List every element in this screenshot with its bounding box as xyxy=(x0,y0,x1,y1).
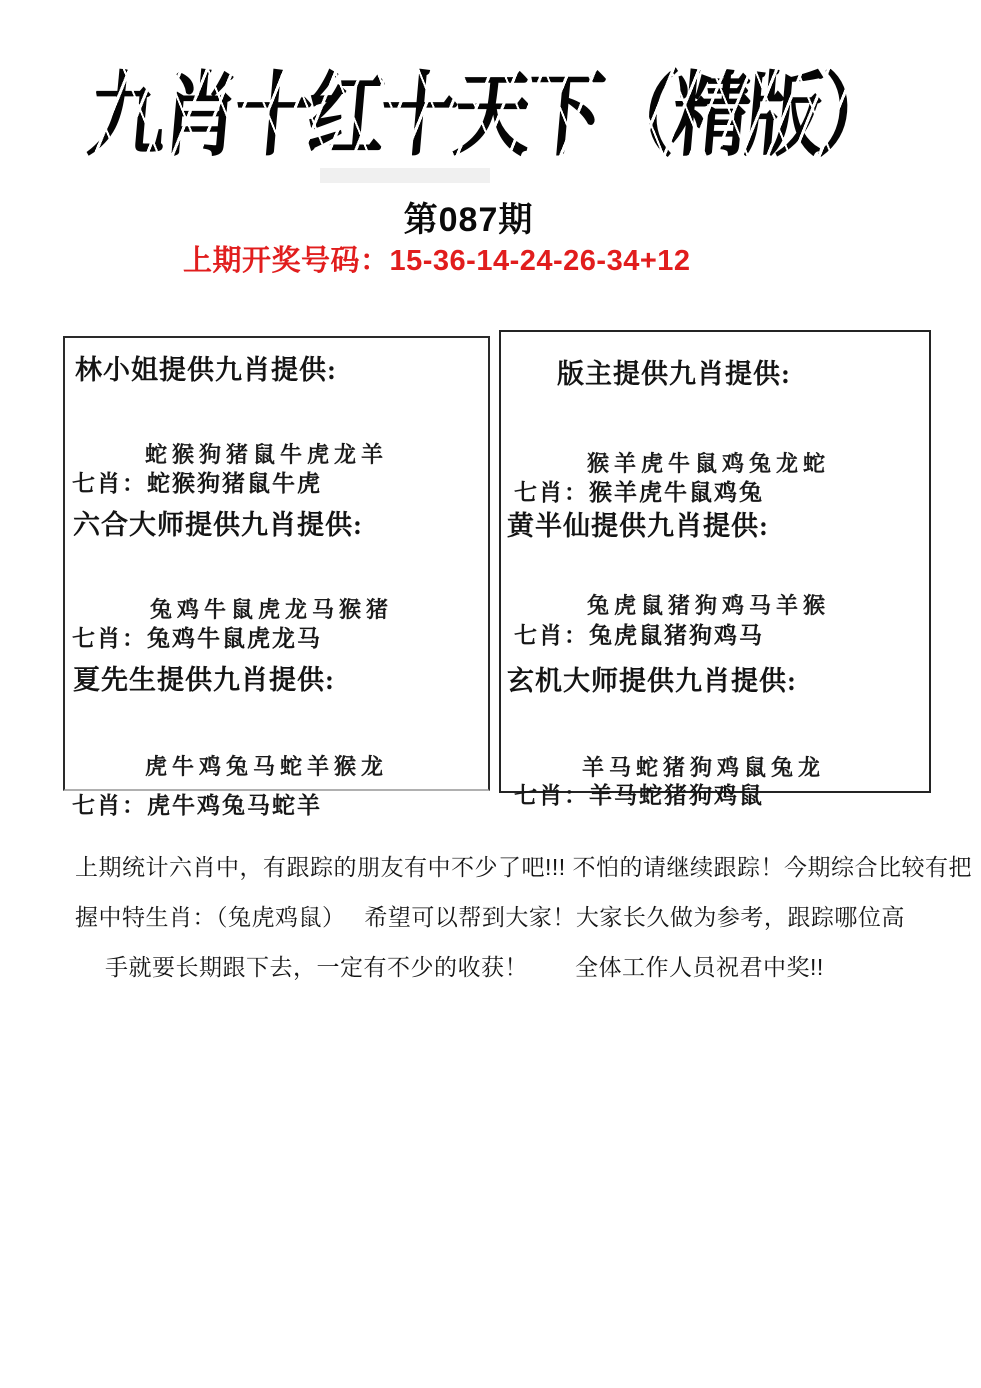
commentary-line-2: 握中特生肖：（兔虎鸡鼠） 希望可以帮到大家！大家长久做为参考，跟踪哪位高 xyxy=(75,902,911,932)
tip-sheet-page: 九肖十红十天下（精版） 第087期 上期开奖号码：15-36-14-24-26-… xyxy=(0,0,981,1388)
seven-zodiac-line: 七肖：虎牛鸡兔马蛇羊 xyxy=(72,787,322,820)
commentary: 上期统计六肖中，有跟踪的朋友有中不少了吧!!! 不怕的请继续跟踪！今期综合比较有… xyxy=(75,852,911,1002)
commentary-line-1: 上期统计六肖中，有跟踪的朋友有中不少了吧!!! 不怕的请继续跟踪！今期综合比较有… xyxy=(75,852,911,882)
scan-artifact xyxy=(320,168,490,183)
provider-title: 林小姐提供九肖提供: xyxy=(75,348,337,387)
nine-zodiac-line: 兔虎鼠猪狗鸡马羊猴 xyxy=(587,589,830,620)
nine-zodiac-line: 虎牛鸡兔马蛇羊猴龙 xyxy=(145,750,388,781)
seven-zodiac-line: 七肖：羊马蛇猪狗鸡鼠 xyxy=(514,777,764,810)
provider-title: 六合大师提供九肖提供: xyxy=(73,503,363,542)
issue-number: 第087期 xyxy=(0,192,959,241)
provider-title: 夏先生提供九肖提供: xyxy=(73,658,335,697)
page-title: 九肖十红十天下（精版） xyxy=(0,42,981,174)
seven-zodiac-line: 七肖：兔鸡牛鼠虎龙马 xyxy=(72,620,322,653)
seven-zodiac-line: 七肖：兔虎鼠猪狗鸡马 xyxy=(514,617,764,650)
left-tips-box: 林小姐提供九肖提供: 蛇猴狗猪鼠牛虎龙羊 七肖：蛇猴狗猪鼠牛虎 六合大师提供九肖… xyxy=(63,336,490,791)
provider-title: 玄机大师提供九肖提供: xyxy=(507,659,797,698)
commentary-line-3: 手就要长期跟下去，一定有不少的收获！ 全体工作人员祝君中奖!! xyxy=(75,952,911,982)
provider-title: 版主提供九肖提供: xyxy=(557,352,791,391)
seven-zodiac-line: 七肖：蛇猴狗猪鼠牛虎 xyxy=(72,465,322,498)
provider-title: 黄半仙提供九肖提供: xyxy=(507,504,769,543)
seven-zodiac-line: 七肖：猴羊虎牛鼠鸡兔 xyxy=(514,474,764,507)
right-tips-box: 版主提供九肖提供: 猴羊虎牛鼠鸡兔龙蛇 七肖：猴羊虎牛鼠鸡兔 黄半仙提供九肖提供… xyxy=(499,330,931,793)
last-draw-numbers: 上期开奖号码：15-36-14-24-26-34+12 xyxy=(183,238,691,279)
